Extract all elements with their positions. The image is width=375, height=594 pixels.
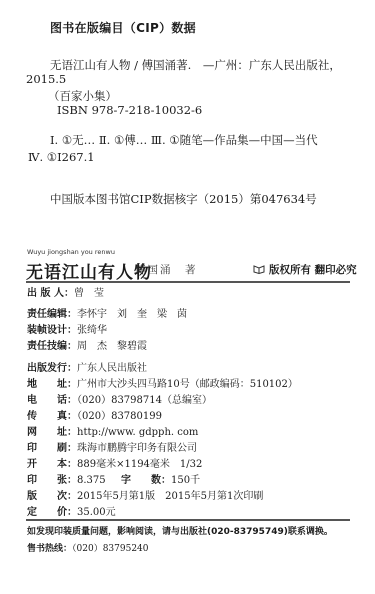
credit-designer: 装帧设计：张绮华 [27,321,107,336]
credit-editors: 责任编辑：李怀宇 刘 奎 梁 茵 [27,305,187,320]
book-title-pinyin: Wuyu jiongshan you renwu [27,248,115,256]
cip-classification-2: Ⅳ. ①I267.1 [28,150,95,164]
pub-fax: 传真：（020）83780199 [27,407,162,422]
cip-line-1: 无语江山有人物 / 傅国涌著. —广州：广东人民出版社， [50,57,341,73]
book-title: 无语江山有人物 [26,258,152,283]
book-logo-icon [253,265,265,274]
pub-address: 地址：广州市大沙头四马路10号（邮政编码：510102） [27,375,298,390]
pub-issuer: 出版发行：广东人民出版社 [27,359,147,374]
divider [26,281,350,283]
book-author: 傅国涌 著 [135,262,198,277]
pub-printer: 印刷：珠海市鹏腾宇印务有限公司 [27,439,197,454]
credit-tech-editors: 责任技编：周 杰 黎碧霞 [27,337,147,352]
sales-hotline: 售书热线：（020）83795240 [27,541,149,554]
cip-line-2: 2015.5 [26,72,66,86]
cip-line-3: （百家小集） [48,88,117,104]
pub-sheets: 印张：8.375字 数：150千 [27,471,200,486]
pub-format: 开本：889毫米×1194毫米 1/32 [27,455,202,470]
quality-notice: 如发现印装质量问题，影响阅读，请与出版社(020-83795749)联系调换。 [27,524,333,537]
pub-website: 网址：http://www. gdpph. com [27,423,198,438]
copyright-notice: 版权所有 翻印必究 [253,262,357,277]
credit-publisher-person: 出 版 人：曾 莹 [27,284,104,299]
pub-edition: 版次：2015年5月第1版 2015年5月第1次印刷 [27,487,263,502]
pub-price: 定价：35.00元 [27,503,116,518]
pub-phone: 电话：（020）83798714（总编室） [27,391,212,406]
cip-heading: 图书在版编目（CIP）数据 [50,19,196,36]
copyright-text: 版权所有 翻印必究 [269,264,357,276]
divider [26,519,350,521]
cip-isbn: ISBN 978-7-218-10032-6 [57,103,202,117]
cip-classification-1: Ⅰ. ①无… Ⅱ. ①傅… Ⅲ. ①随笔—作品集—中国—当代 [50,132,318,148]
cip-approval-number: 中国版本图书馆CIP数据核字（2015）第047634号 [50,191,317,207]
